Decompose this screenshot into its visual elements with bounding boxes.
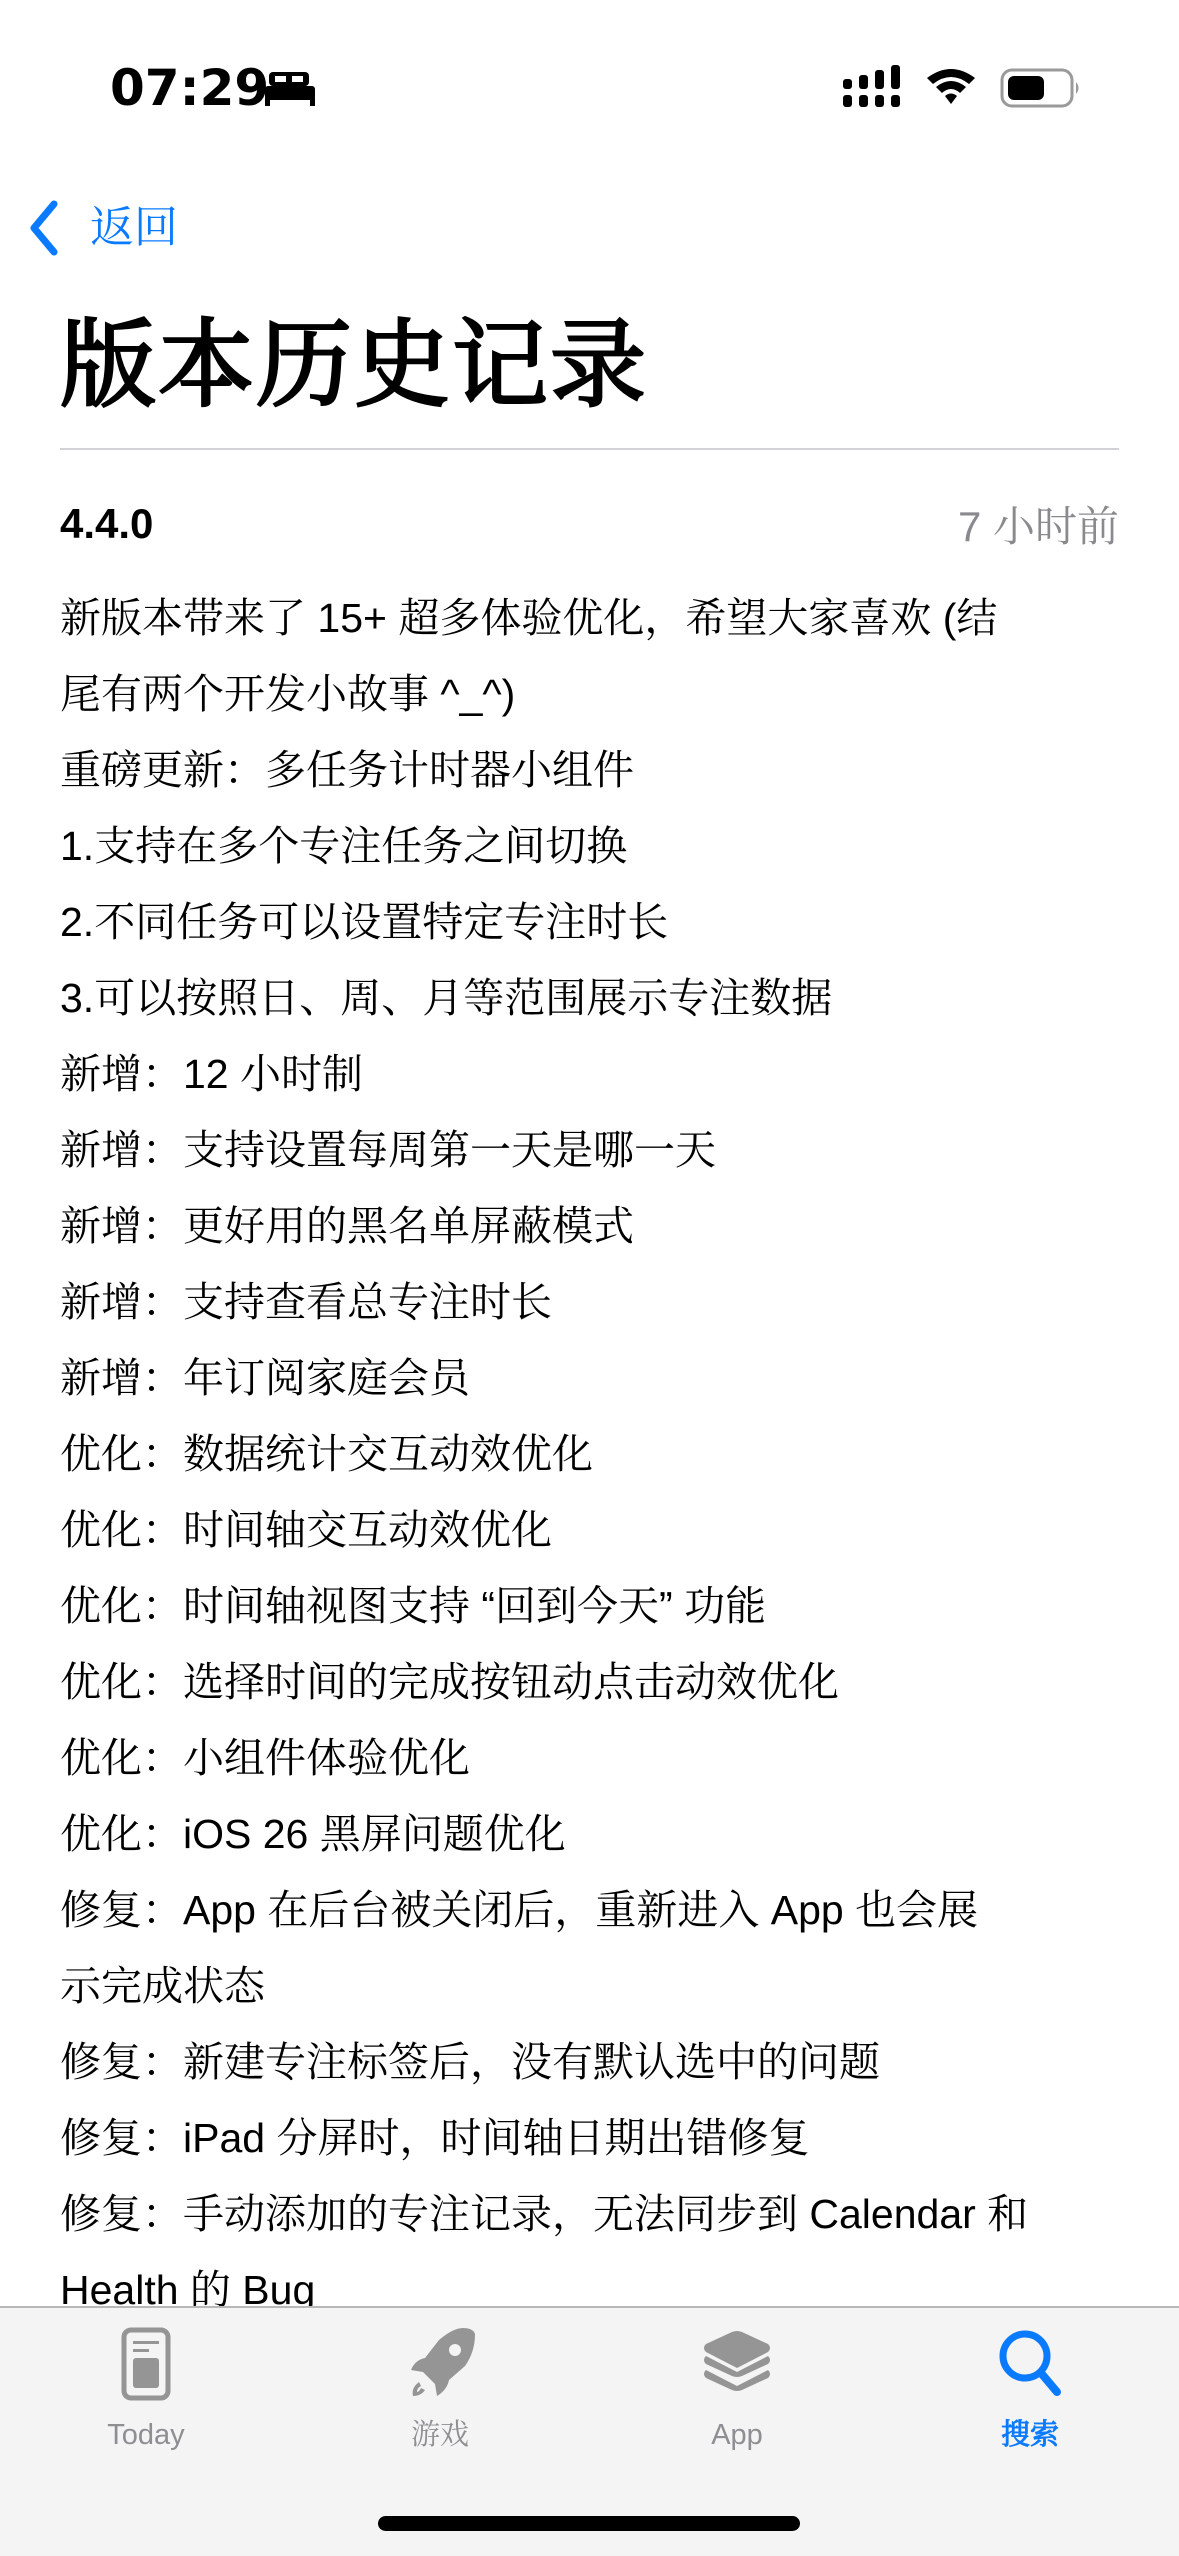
note-line: 优化：选择时间的完成按钮动点击动效优化 [60,1644,1130,1720]
tab-label: 游戏 [411,2418,469,2452]
note-line: 修复：App 在后台被关闭后，重新进入 App 也会展 [60,1872,1130,1948]
note-line: 新增：支持查看总专注时长 [60,1264,1130,1340]
note-line: 新增：更好用的黑名单屏蔽模式 [60,1188,1130,1264]
note-line: 1.支持在多个专注任务之间切换 [60,808,1130,884]
back-label: 返回 [90,196,178,260]
version-time: 7 小时前 [958,494,1119,554]
note-line: 优化：时间轴交互动效优化 [60,1492,1130,1568]
tab-games[interactable]: 游戏 [340,2324,540,2464]
status-bar: 07:29 [0,0,1179,150]
title-separator [60,448,1119,450]
search-icon [985,2324,1075,2408]
version-header: 4.4.0 7 小时前 [60,492,1119,556]
chevron-left-icon [24,198,64,258]
note-line: 2.不同任务可以设置特定专注时长 [60,884,1130,960]
tab-apps[interactable]: App [637,2324,837,2464]
status-time: 07:29 [110,58,269,118]
app-stack-icon [692,2324,782,2408]
note-line: 优化：小组件体验优化 [60,1720,1130,1796]
note-line: 优化：时间轴视图支持 “回到今天” 功能 [60,1568,1130,1644]
note-line: 修复：iPad 分屏时，时间轴日期出错修复 [60,2100,1130,2176]
page-title: 版本历史记录 [60,306,648,426]
note-line: 新增：12 小时制 [60,1036,1130,1112]
tab-today[interactable]: Today [46,2324,246,2464]
back-button[interactable]: 返回 [24,196,178,260]
tab-label: App [711,2418,763,2452]
note-line: 优化：数据统计交互动效优化 [60,1416,1130,1492]
dual-sim-signal-icon [843,65,903,107]
note-line: 示完成状态 [60,1948,1130,2024]
tab-label: Today [107,2418,184,2452]
note-line: 新增：支持设置每周第一天是哪一天 [60,1112,1130,1188]
release-notes: 新版本带来了 15+ 超多体验优化，希望大家喜欢 (结 尾有两个开发小故事 ^_… [60,580,1130,2328]
note-line: 优化：iOS 26 黑屏问题优化 [60,1796,1130,1872]
note-line: 修复：手动添加的专注记录，无法同步到 Calendar 和 [60,2176,1130,2252]
bed-icon [265,70,315,106]
battery-icon [1000,68,1082,108]
note-line: 新增：年订阅家庭会员 [60,1340,1130,1416]
version-number: 4.4.0 [60,500,153,548]
wifi-icon [925,66,977,106]
home-indicator[interactable] [378,2516,800,2531]
note-line: 新版本带来了 15+ 超多体验优化，希望大家喜欢 (结 [60,580,1130,656]
tab-search[interactable]: 搜索 [930,2324,1130,2464]
rocket-icon [395,2324,485,2408]
note-line: 重磅更新：多任务计时器小组件 [60,732,1130,808]
note-line: 修复：新建专注标签后，没有默认选中的问题 [60,2024,1130,2100]
note-line: 3.可以按照日、周、月等范围展示专注数据 [60,960,1130,1036]
note-line: 尾有两个开发小故事 ^_^) [60,656,1130,732]
today-icon [101,2324,191,2408]
tab-label: 搜索 [1001,2418,1059,2452]
